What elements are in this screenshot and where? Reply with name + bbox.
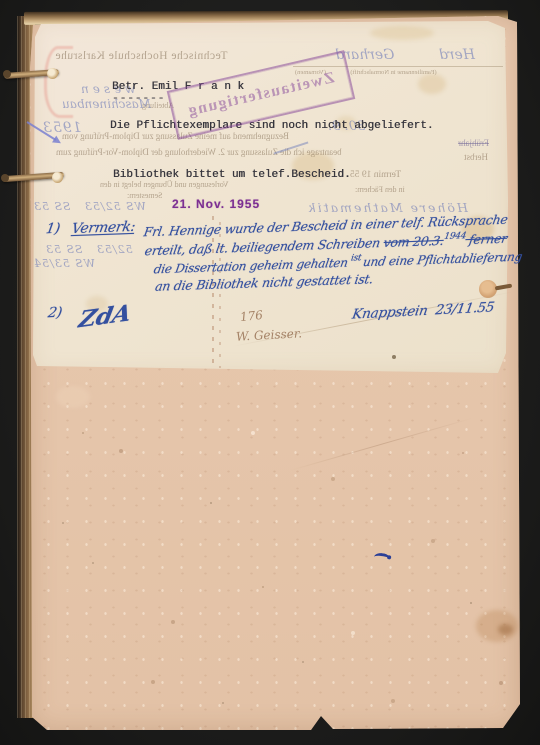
note-line-2-struck: vom 20.3. bbox=[383, 233, 445, 250]
dark-speck bbox=[392, 355, 396, 359]
bleedthrough-semester-2: 52/53 SS 53 bbox=[45, 243, 133, 256]
bleedthrough-semester-1: WS 52/53 SS 53 bbox=[33, 200, 146, 213]
note-line-2-insert: 1944 bbox=[443, 231, 466, 242]
note-line-3-insert: ist bbox=[348, 253, 365, 264]
typed-notice-line: Die Pflichtexemplare sind noch nicht abg… bbox=[110, 120, 433, 132]
thread-knot-bottom bbox=[1, 174, 9, 182]
perforation-dotted-line bbox=[212, 216, 214, 368]
note-item1-number: 1) bbox=[45, 221, 61, 237]
bleedthrough-semesters-label: Semestern: bbox=[127, 191, 163, 200]
scan-background: { "scan": { "typed": { "subject": "Betr.… bbox=[0, 0, 540, 745]
typed-request-line: Bibliothek bittet um telef.Bescheid. bbox=[113, 169, 351, 181]
thread-knot-top bbox=[3, 70, 11, 78]
bleedthrough-season: Herbst bbox=[464, 152, 488, 162]
board-fiber-flecks bbox=[0, 0, 2, 2]
bleedthrough-subjects-header: in den Fächern: bbox=[355, 185, 405, 194]
bleedthrough-lectures-note: Vorlesungen und Übungen belegt in den bbox=[100, 180, 229, 189]
note-line-2-struck2: ferner bbox=[464, 231, 508, 247]
page-stain bbox=[370, 26, 434, 40]
board-stain-dark bbox=[498, 624, 513, 635]
bleedthrough-semester-3: WS 53/54 bbox=[33, 257, 95, 270]
bleedthrough-institution: Technische Hochschule Karlsruhe bbox=[55, 50, 227, 62]
binding-hole-top bbox=[47, 68, 58, 79]
note-item1-label: Vermerk: bbox=[71, 219, 137, 237]
bleedthrough-form-line2: beantrage ich die Zulassung zur 2. Wiede… bbox=[56, 147, 342, 157]
bleedthrough-term: Termin 19 55 bbox=[350, 170, 401, 180]
bleedthrough-subject-math: Höhere Mathematik bbox=[306, 200, 468, 215]
note-item2-number: 2) bbox=[47, 305, 63, 321]
date-received-stamp: 21. Nov. 1955 bbox=[172, 197, 260, 211]
pencil-number: 176 bbox=[239, 308, 263, 324]
bleedthrough-season-struck: Frühjahr bbox=[458, 138, 489, 148]
typed-subject-underscore: ------- bbox=[112, 93, 165, 105]
page-stain bbox=[418, 74, 446, 94]
board-light-patch bbox=[56, 386, 90, 408]
binding-hole-bottom bbox=[52, 172, 63, 183]
